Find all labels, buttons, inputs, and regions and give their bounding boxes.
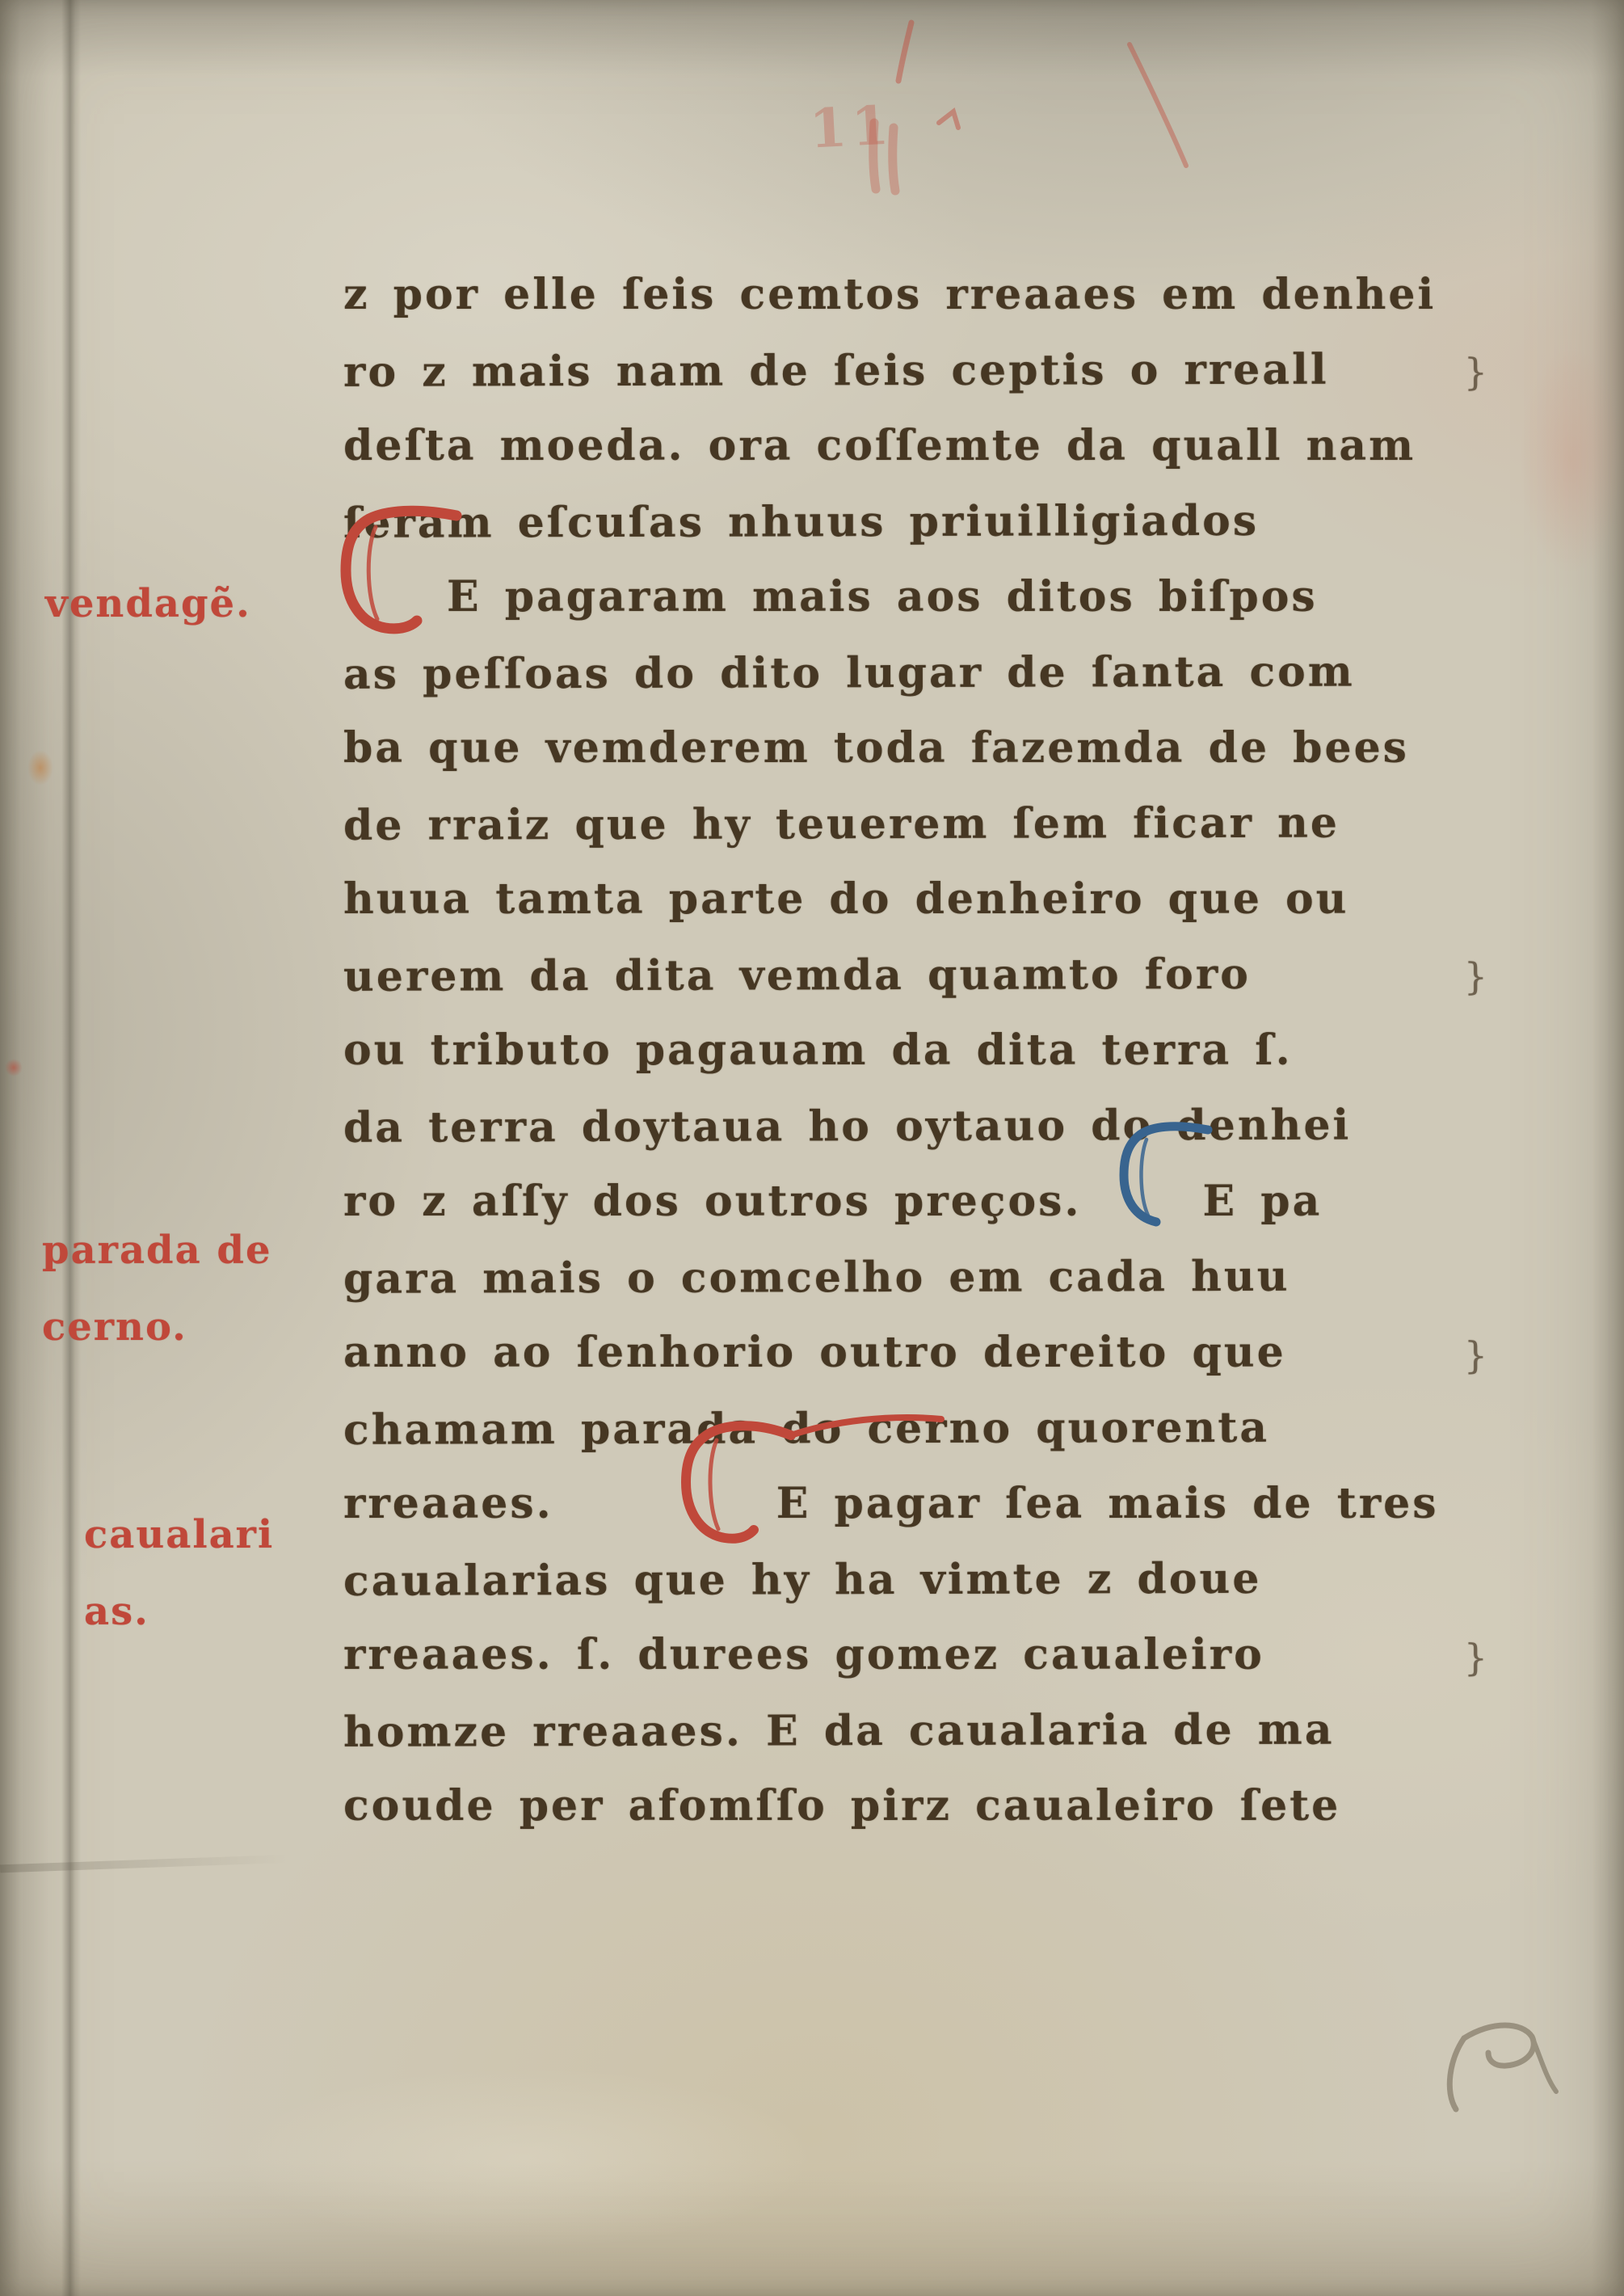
margin-note: parada decerno.: [42, 1212, 272, 1366]
stain-orange: [27, 750, 53, 786]
text-line: caualarias que hy ha vimte z doue: [343, 1540, 1475, 1619]
line-filler: }: [1464, 1620, 1487, 1696]
text-run: gara mais o comcelho em cada huu: [343, 1251, 1290, 1303]
paragraph-c-glyph: [339, 506, 460, 635]
text-run: ro z mais nam de ſeis ceptis o rreall: [343, 344, 1329, 396]
text-line: coude per afomſſo pirz caualeiro ſete: [343, 1768, 1475, 1844]
text-run: ſeram eſcuſas nhuus priuilligiados: [343, 495, 1259, 547]
text-line: huua tamta parte do denheiro que ou: [343, 862, 1475, 937]
text-line: ſeram eſcuſas nhuus priuilligiados: [343, 482, 1475, 561]
text-line: chamam parada do cerno quorenta: [343, 1389, 1475, 1468]
text-run: homze rreaaes. E da caualaria de ma: [343, 1704, 1335, 1756]
text-run: coude per afomſſo pirz caualeiro ſete: [343, 1781, 1340, 1830]
text-run: as peſſoas do dito lugar de ſanta com: [343, 647, 1355, 698]
text-line: E pagaram mais aos ditos biſpos: [343, 559, 1475, 635]
paragraph-c-glyph: [1117, 1120, 1214, 1225]
text-run: anno ao ſenhorio outro dereito que: [343, 1328, 1286, 1377]
vellum-crease: [61, 0, 81, 2296]
margin-note: caualarias.: [84, 1497, 274, 1650]
text-line: rreaaes. E pagar ſea mais de tres: [343, 1466, 1475, 1542]
margin-note: vendagẽ.: [45, 566, 251, 642]
manuscript-page: 11 z por elle ſeis cemtos rreaaes em den…: [0, 0, 1624, 2296]
text-line: gara mais o comcelho em cada huu: [343, 1238, 1475, 1317]
line-filler: }: [1464, 335, 1488, 411]
margin-note-line: vendagẽ.: [45, 566, 251, 642]
text-run: huua tamta parte do denheiro que ou: [343, 874, 1349, 924]
text-line: anno ao ſenhorio outro dereito que}: [343, 1315, 1475, 1391]
paragraph-mark-blue: [1119, 1167, 1203, 1215]
text-line: ro z mais nam de ſeis ceptis o rreall}: [343, 331, 1475, 410]
text-line: da terra doytaua ho oytauo do denhei: [343, 1087, 1475, 1165]
text-run: E pagar ſea mais de tres: [776, 1479, 1439, 1528]
text-run: ro z aſſy dos outros preços.: [343, 1177, 1082, 1226]
text-run: E pa: [1203, 1177, 1323, 1226]
text-line: ba que vemderem toda fazemda de bees: [343, 710, 1475, 786]
text-line: ro z aſſy dos outros preços. E pa: [343, 1164, 1475, 1240]
text-run: de rraiz que hy teuerem ſem ficar ne: [343, 798, 1340, 849]
vellum-fold-line: [0, 1853, 339, 1873]
text-run: deſta moeda. ora coſſemte da quall nam: [343, 421, 1416, 470]
text-run: chamam parada do cerno quorenta: [343, 1402, 1269, 1454]
line-filler: }: [1464, 1318, 1487, 1394]
stain-red-dot: [5, 1059, 23, 1076]
text-line: deſta moeda. ora coſſemte da quall nam: [343, 408, 1475, 484]
text-line: ou tributo pagauam da dita terra ſ.: [343, 1013, 1475, 1089]
text-block: z por elle ſeis cemtos rreaaes em denhei…: [343, 257, 1475, 1844]
paragraph-mark-red: [343, 562, 447, 611]
line-filler: }: [1464, 939, 1488, 1015]
text-run: rreaaes.: [343, 1479, 553, 1528]
text-line: z por elle ſeis cemtos rreaaes em denhei: [343, 257, 1475, 333]
text-run: rreaaes. ſ. durees gomez caualeiro: [343, 1630, 1264, 1679]
text-line: rreaaes. ſ. durees gomez caualeiro}: [343, 1617, 1475, 1693]
stain-pink: [1519, 348, 1624, 574]
margin-note-line: parada de: [42, 1212, 272, 1289]
text-line: de rraiz que hy teuerem ſem ficar ne: [343, 785, 1475, 863]
paragraph-mark-red: [675, 1469, 776, 1518]
text-line: uerem da dita vemda quamto foro}: [343, 936, 1475, 1014]
text-line: as peſſoas do dito lugar de ſanta com: [343, 634, 1475, 712]
text-run: z por elle ſeis cemtos rreaaes em denhei: [343, 270, 1436, 319]
text-run: E pagaram mais aos ditos biſpos: [447, 572, 1318, 621]
text-run: uerem da dita vemda quamto foro: [343, 949, 1251, 1001]
margin-note-line: cerno.: [42, 1289, 272, 1366]
sheen-patch: [242, 2069, 808, 2247]
text-run: ou tributo pagauam da dita terra ſ.: [343, 1026, 1293, 1075]
text-run: caualarias que hy ha vimte z doue: [343, 1553, 1262, 1605]
text-line: homze rreaaes. E da caualaria de ma: [343, 1691, 1475, 1770]
margin-note-line: caualari: [84, 1497, 274, 1573]
text-run: ba que vemderem toda fazemda de bees: [343, 723, 1409, 773]
margin-note-line: as.: [84, 1573, 274, 1650]
quire-mark: [1416, 2014, 1565, 2135]
folio-number: 11: [808, 93, 895, 160]
